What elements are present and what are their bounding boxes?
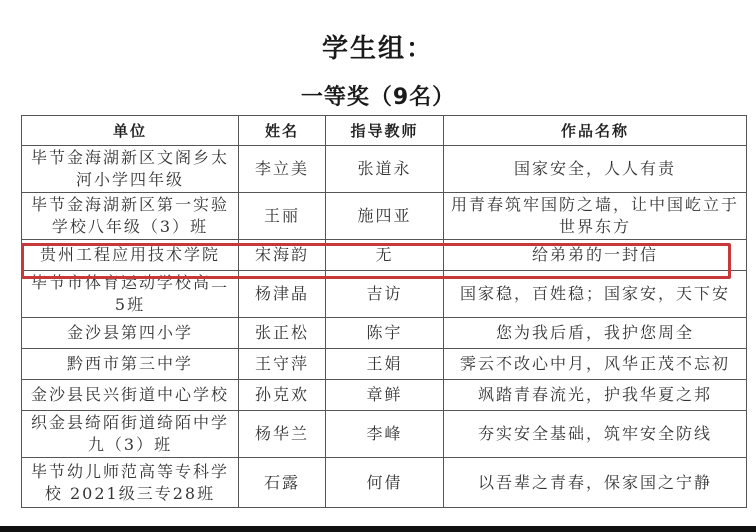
cell-unit: 贵州工程应用技术学院 [22, 240, 239, 271]
cell-name: 宋海韵 [239, 240, 326, 271]
cell-name: 杨华兰 [239, 411, 326, 458]
cell-unit: 织金县绮陌街道绮陌中学九（3）班 [22, 411, 239, 458]
cell-work: 给弟弟的一封信 [444, 240, 747, 271]
cell-teacher: 陈宇 [326, 318, 444, 349]
table-row: 金沙县第四小学 张正松 陈宇 您为我后盾，我护您周全 [22, 318, 747, 349]
header-name: 姓名 [239, 116, 326, 146]
cell-teacher: 施四亚 [326, 193, 444, 240]
cell-teacher: 章鲜 [326, 380, 444, 411]
section-title: 学生组： [0, 28, 756, 65]
page-edge [750, 0, 756, 526]
cell-unit: 金沙县第四小学 [22, 318, 239, 349]
cell-name: 孙克欢 [239, 380, 326, 411]
cell-teacher: 吉访 [326, 271, 444, 318]
bottom-edge-bar [0, 526, 756, 532]
table-row: 毕节金海湖新区第一实验学校八年级（3）班 王丽 施四亚 用青春筑牢国防之墙，让中… [22, 193, 747, 240]
cell-teacher: 李峰 [326, 411, 444, 458]
awards-table: 单位 姓名 指导教师 作品名称 毕节金海湖新区文阁乡太河小学四年级 李立美 张道… [21, 115, 747, 508]
cell-name: 王守萍 [239, 349, 326, 380]
cell-work: 夯实安全基础，筑牢安全防线 [444, 411, 747, 458]
header-unit: 单位 [22, 116, 239, 146]
table-row: 毕节市体育运动学校高二5班 杨津晶 吉访 国家稳，百姓稳；国家安，天下安 [22, 271, 747, 318]
cell-work: 国家稳，百姓稳；国家安，天下安 [444, 271, 747, 318]
cell-unit: 毕节金海湖新区文阁乡太河小学四年级 [22, 146, 239, 193]
cell-name: 杨津晶 [239, 271, 326, 318]
cell-teacher: 何倩 [326, 458, 444, 508]
award-level-title: 一等奖（9名） [0, 80, 756, 111]
cell-unit: 黔西市第三中学 [22, 349, 239, 380]
cell-work: 您为我后盾，我护您周全 [444, 318, 747, 349]
table-row-highlighted: 贵州工程应用技术学院 宋海韵 无 给弟弟的一封信 [22, 240, 747, 271]
cell-name: 王丽 [239, 193, 326, 240]
cell-unit: 毕节金海湖新区第一实验学校八年级（3）班 [22, 193, 239, 240]
cell-unit: 毕节市体育运动学校高二5班 [22, 271, 239, 318]
table-row: 黔西市第三中学 王守萍 王娟 霁云不改心中月，风华正茂不忘初 [22, 349, 747, 380]
table-row: 织金县绮陌街道绮陌中学九（3）班 杨华兰 李峰 夯实安全基础，筑牢安全防线 [22, 411, 747, 458]
cell-unit: 金沙县民兴街道中心学校 [22, 380, 239, 411]
cell-name: 李立美 [239, 146, 326, 193]
table-row: 金沙县民兴街道中心学校 孙克欢 章鲜 飒踏青春流光，护我华夏之邦 [22, 380, 747, 411]
table-row: 毕节金海湖新区文阁乡太河小学四年级 李立美 张道永 国家安全，人人有责 [22, 146, 747, 193]
cell-teacher: 王娟 [326, 349, 444, 380]
header-work: 作品名称 [444, 116, 747, 146]
cell-name: 石露 [239, 458, 326, 508]
cell-work: 飒踏青春流光，护我华夏之邦 [444, 380, 747, 411]
cell-work: 以吾辈之青春，保家国之宁静 [444, 458, 747, 508]
cell-work: 国家安全，人人有责 [444, 146, 747, 193]
cell-work: 霁云不改心中月，风华正茂不忘初 [444, 349, 747, 380]
table-header-row: 单位 姓名 指导教师 作品名称 [22, 116, 747, 146]
cell-unit: 毕节幼儿师范高等专科学校 2021级三专28班 [22, 458, 239, 508]
cell-name: 张正松 [239, 318, 326, 349]
cell-teacher: 张道永 [326, 146, 444, 193]
cell-teacher: 无 [326, 240, 444, 271]
header-teacher: 指导教师 [326, 116, 444, 146]
cell-work: 用青春筑牢国防之墙，让中国屹立于世界东方 [444, 193, 747, 240]
table-row: 毕节幼儿师范高等专科学校 2021级三专28班 石露 何倩 以吾辈之青春，保家国… [22, 458, 747, 508]
